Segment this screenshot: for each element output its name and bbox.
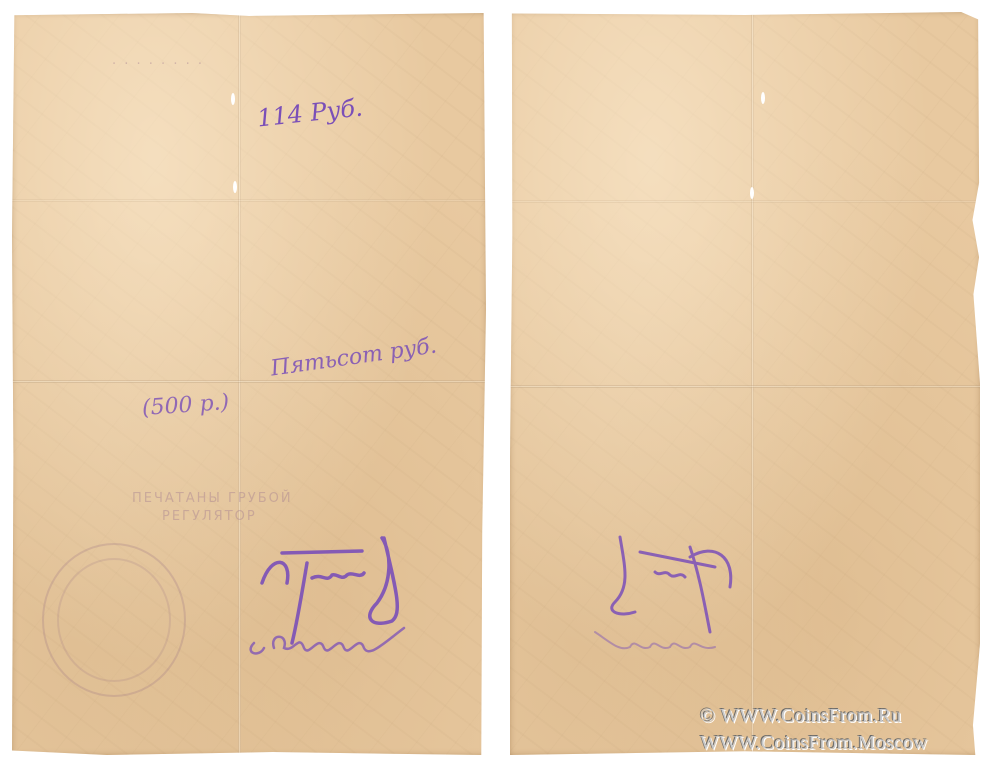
- horizontal-fold: [510, 385, 980, 388]
- handwritten-amount-words: Пятьсот руб.: [269, 333, 438, 381]
- vertical-fold: [751, 12, 754, 755]
- signature-lower-icon: [244, 613, 414, 663]
- handwritten-amount-number: (500 р.): [141, 390, 230, 421]
- watermark-line1: © WWW.CoinsFrom.Ru: [700, 705, 902, 728]
- banknote-back: [510, 12, 980, 755]
- horizontal-fold-upper: [510, 200, 980, 203]
- round-stamp-inner: [57, 558, 171, 682]
- fold-hole: [761, 92, 765, 104]
- handwritten-amount-top: 114 Руб.: [256, 94, 364, 133]
- horizontal-fold-upper: [12, 199, 486, 202]
- faint-print-line2: РЕГУЛЯТОР: [162, 509, 257, 524]
- faint-print: . . . . . . . .: [112, 53, 204, 68]
- banknote-front: . . . . . . . . ПЕЧАТАНЫ ГРУБОЙ РЕГУЛЯТО…: [12, 13, 486, 755]
- faint-print-line1: ПЕЧАТАНЫ ГРУБОЙ: [132, 491, 293, 506]
- fold-hole: [750, 187, 754, 199]
- fold-hole: [233, 181, 237, 193]
- horizontal-fold: [12, 380, 486, 383]
- signature-lower-mirrored-icon: [590, 617, 750, 662]
- watermark-line2: WWW.CoinsFrom.Moscow: [700, 732, 928, 755]
- vertical-fold: [238, 13, 241, 755]
- fold-hole: [231, 93, 235, 105]
